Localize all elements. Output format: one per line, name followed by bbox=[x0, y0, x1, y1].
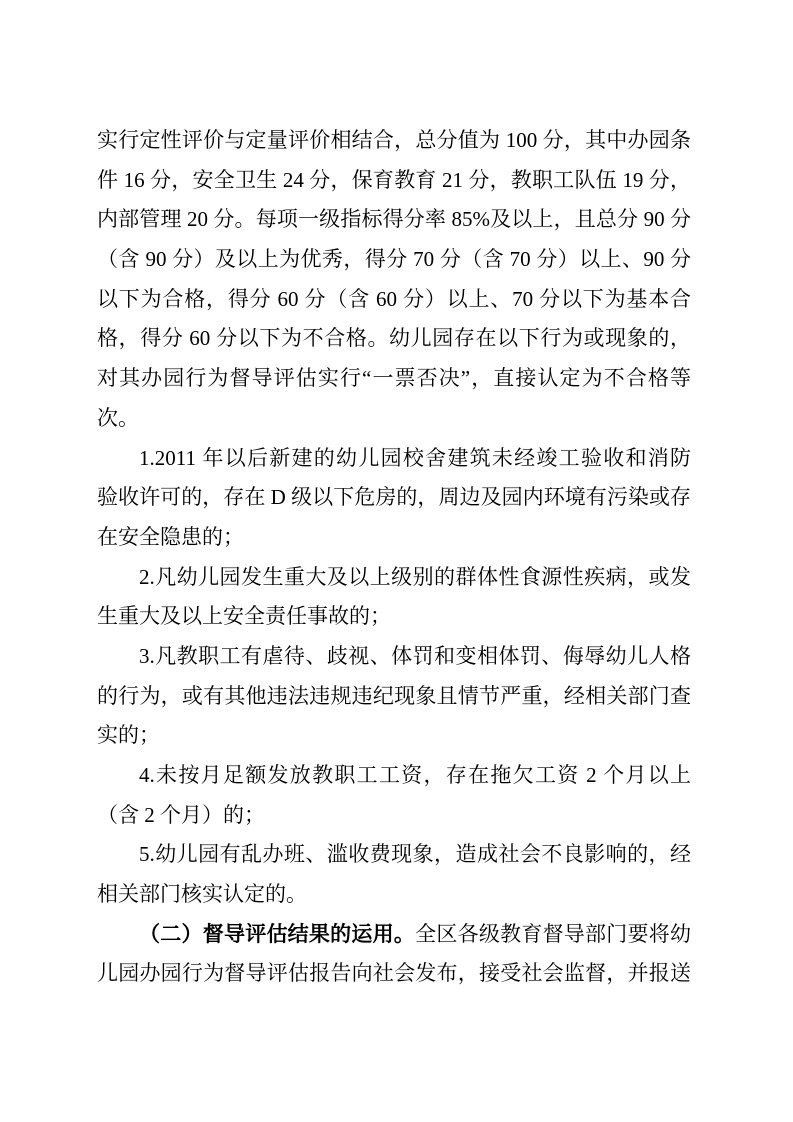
text-line: 实的； bbox=[97, 716, 691, 756]
text-line: 4.未按月足额发放教职工工资，存在拖欠工资 2 个月以上 bbox=[97, 756, 691, 796]
text-line: （含 90 分）及以上为优秀，得分 70 分（含 70 分）以上、90 分 bbox=[97, 240, 691, 280]
text-line: （二）督导评估结果的运用。全区各级教育督导部门要将幼 bbox=[97, 915, 691, 955]
text-line: 相关部门核实认定的。 bbox=[97, 875, 691, 915]
text-run: 全区各级教育督导部门要将幼 bbox=[415, 922, 691, 946]
document-page: 实行定性评价与定量评价相结合，总分值为 100 分，其中办园条件 16 分，安全… bbox=[0, 0, 793, 1122]
text-line: 验收许可的，存在 D 级以下危房的，周边及园内环境有污染或存 bbox=[97, 478, 691, 518]
text-line: 儿园办园行为督导评估报告向社会发布，接受社会监督，并报送 bbox=[97, 954, 691, 994]
text-line: 生重大及以上安全责任事故的； bbox=[97, 597, 691, 637]
text-line: 在安全隐患的； bbox=[97, 518, 691, 558]
text-line: 以下为合格，得分 60 分（含 60 分）以上、70 分以下为基本合 bbox=[97, 280, 691, 320]
text-line: 内部管理 20 分。每项一级指标得分率 85%及以上，且总分 90 分 bbox=[97, 200, 691, 240]
text-line: 5.幼儿园有乱办班、滥收费现象，造成社会不良影响的，经 bbox=[97, 835, 691, 875]
text-line: 对其办园行为督导评估实行“一票否决”，直接认定为不合格等 bbox=[97, 359, 691, 399]
text-line: 件 16 分，安全卫生 24 分，保育教育 21 分，教职工队伍 19 分， bbox=[97, 161, 691, 201]
text-body: 实行定性评价与定量评价相结合，总分值为 100 分，其中办园条件 16 分，安全… bbox=[97, 121, 691, 994]
text-line: （含 2 个月）的； bbox=[97, 796, 691, 836]
text-line: 1.2011 年以后新建的幼儿园校舍建筑未经竣工验收和消防 bbox=[97, 439, 691, 479]
section-heading: （二）督导评估结果的运用。 bbox=[139, 922, 415, 946]
text-line: 3.凡教职工有虐待、歧视、体罚和变相体罚、侮辱幼儿人格 bbox=[97, 637, 691, 677]
text-line: 2.凡幼儿园发生重大及以上级别的群体性食源性疾病，或发 bbox=[97, 558, 691, 598]
text-line: 的行为，或有其他违法违规违纪现象且情节严重，经相关部门查 bbox=[97, 677, 691, 717]
text-line: 实行定性评价与定量评价相结合，总分值为 100 分，其中办园条 bbox=[97, 121, 691, 161]
text-line: 格，得分 60 分以下为不合格。幼儿园存在以下行为或现象的， bbox=[97, 319, 691, 359]
text-line: 次。 bbox=[97, 399, 691, 439]
